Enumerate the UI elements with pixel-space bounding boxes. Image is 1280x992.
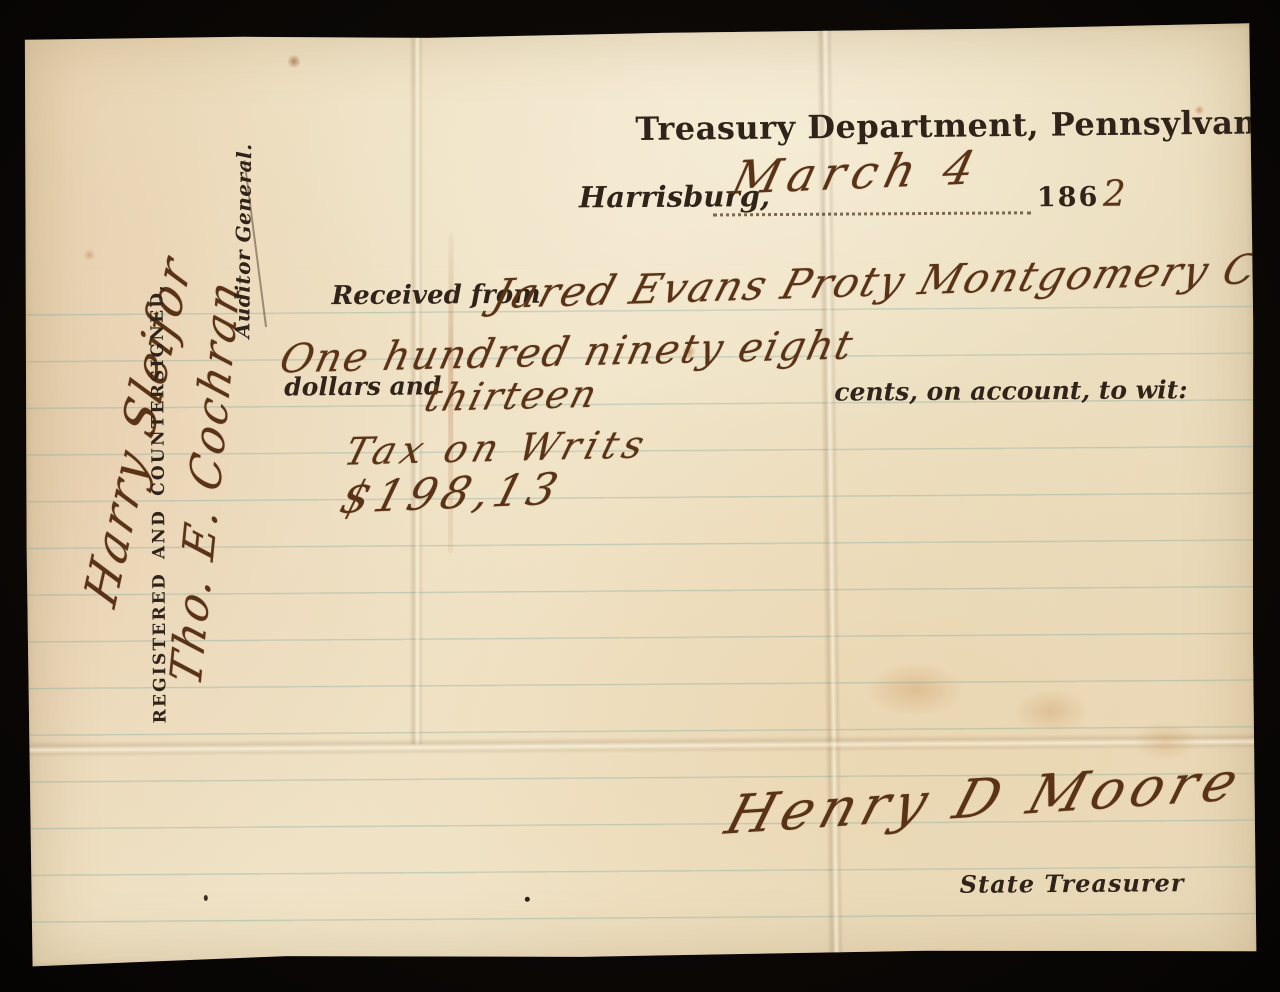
cents-handwritten: thirteen (420, 372, 603, 420)
auditor-title-label: Auditor General. (230, 143, 256, 338)
ink-dot (204, 895, 208, 901)
treasurer-title-label: State Treasurer (960, 868, 1185, 899)
scanned-receipt-photo: { "scan": { "header": { "department_titl… (0, 0, 1280, 992)
dollars-label: dollars and (284, 371, 441, 401)
date-handwritten: March 4 (727, 140, 987, 204)
receipt-paper: Treasury Department, Pennsylvania, Harri… (22, 23, 1259, 968)
amount-figures-handwritten: $198,13 (335, 464, 569, 524)
foxing-speck (83, 249, 95, 261)
year-printed: 186 (1037, 182, 1100, 213)
cents-label: cents, on account, to wit: (834, 375, 1187, 406)
department-title: Treasury Department, Pennsylvania, (635, 104, 1195, 148)
year-handwritten: 2 (1103, 174, 1128, 215)
ink-dot (525, 897, 530, 902)
foxing-speck (288, 53, 300, 69)
